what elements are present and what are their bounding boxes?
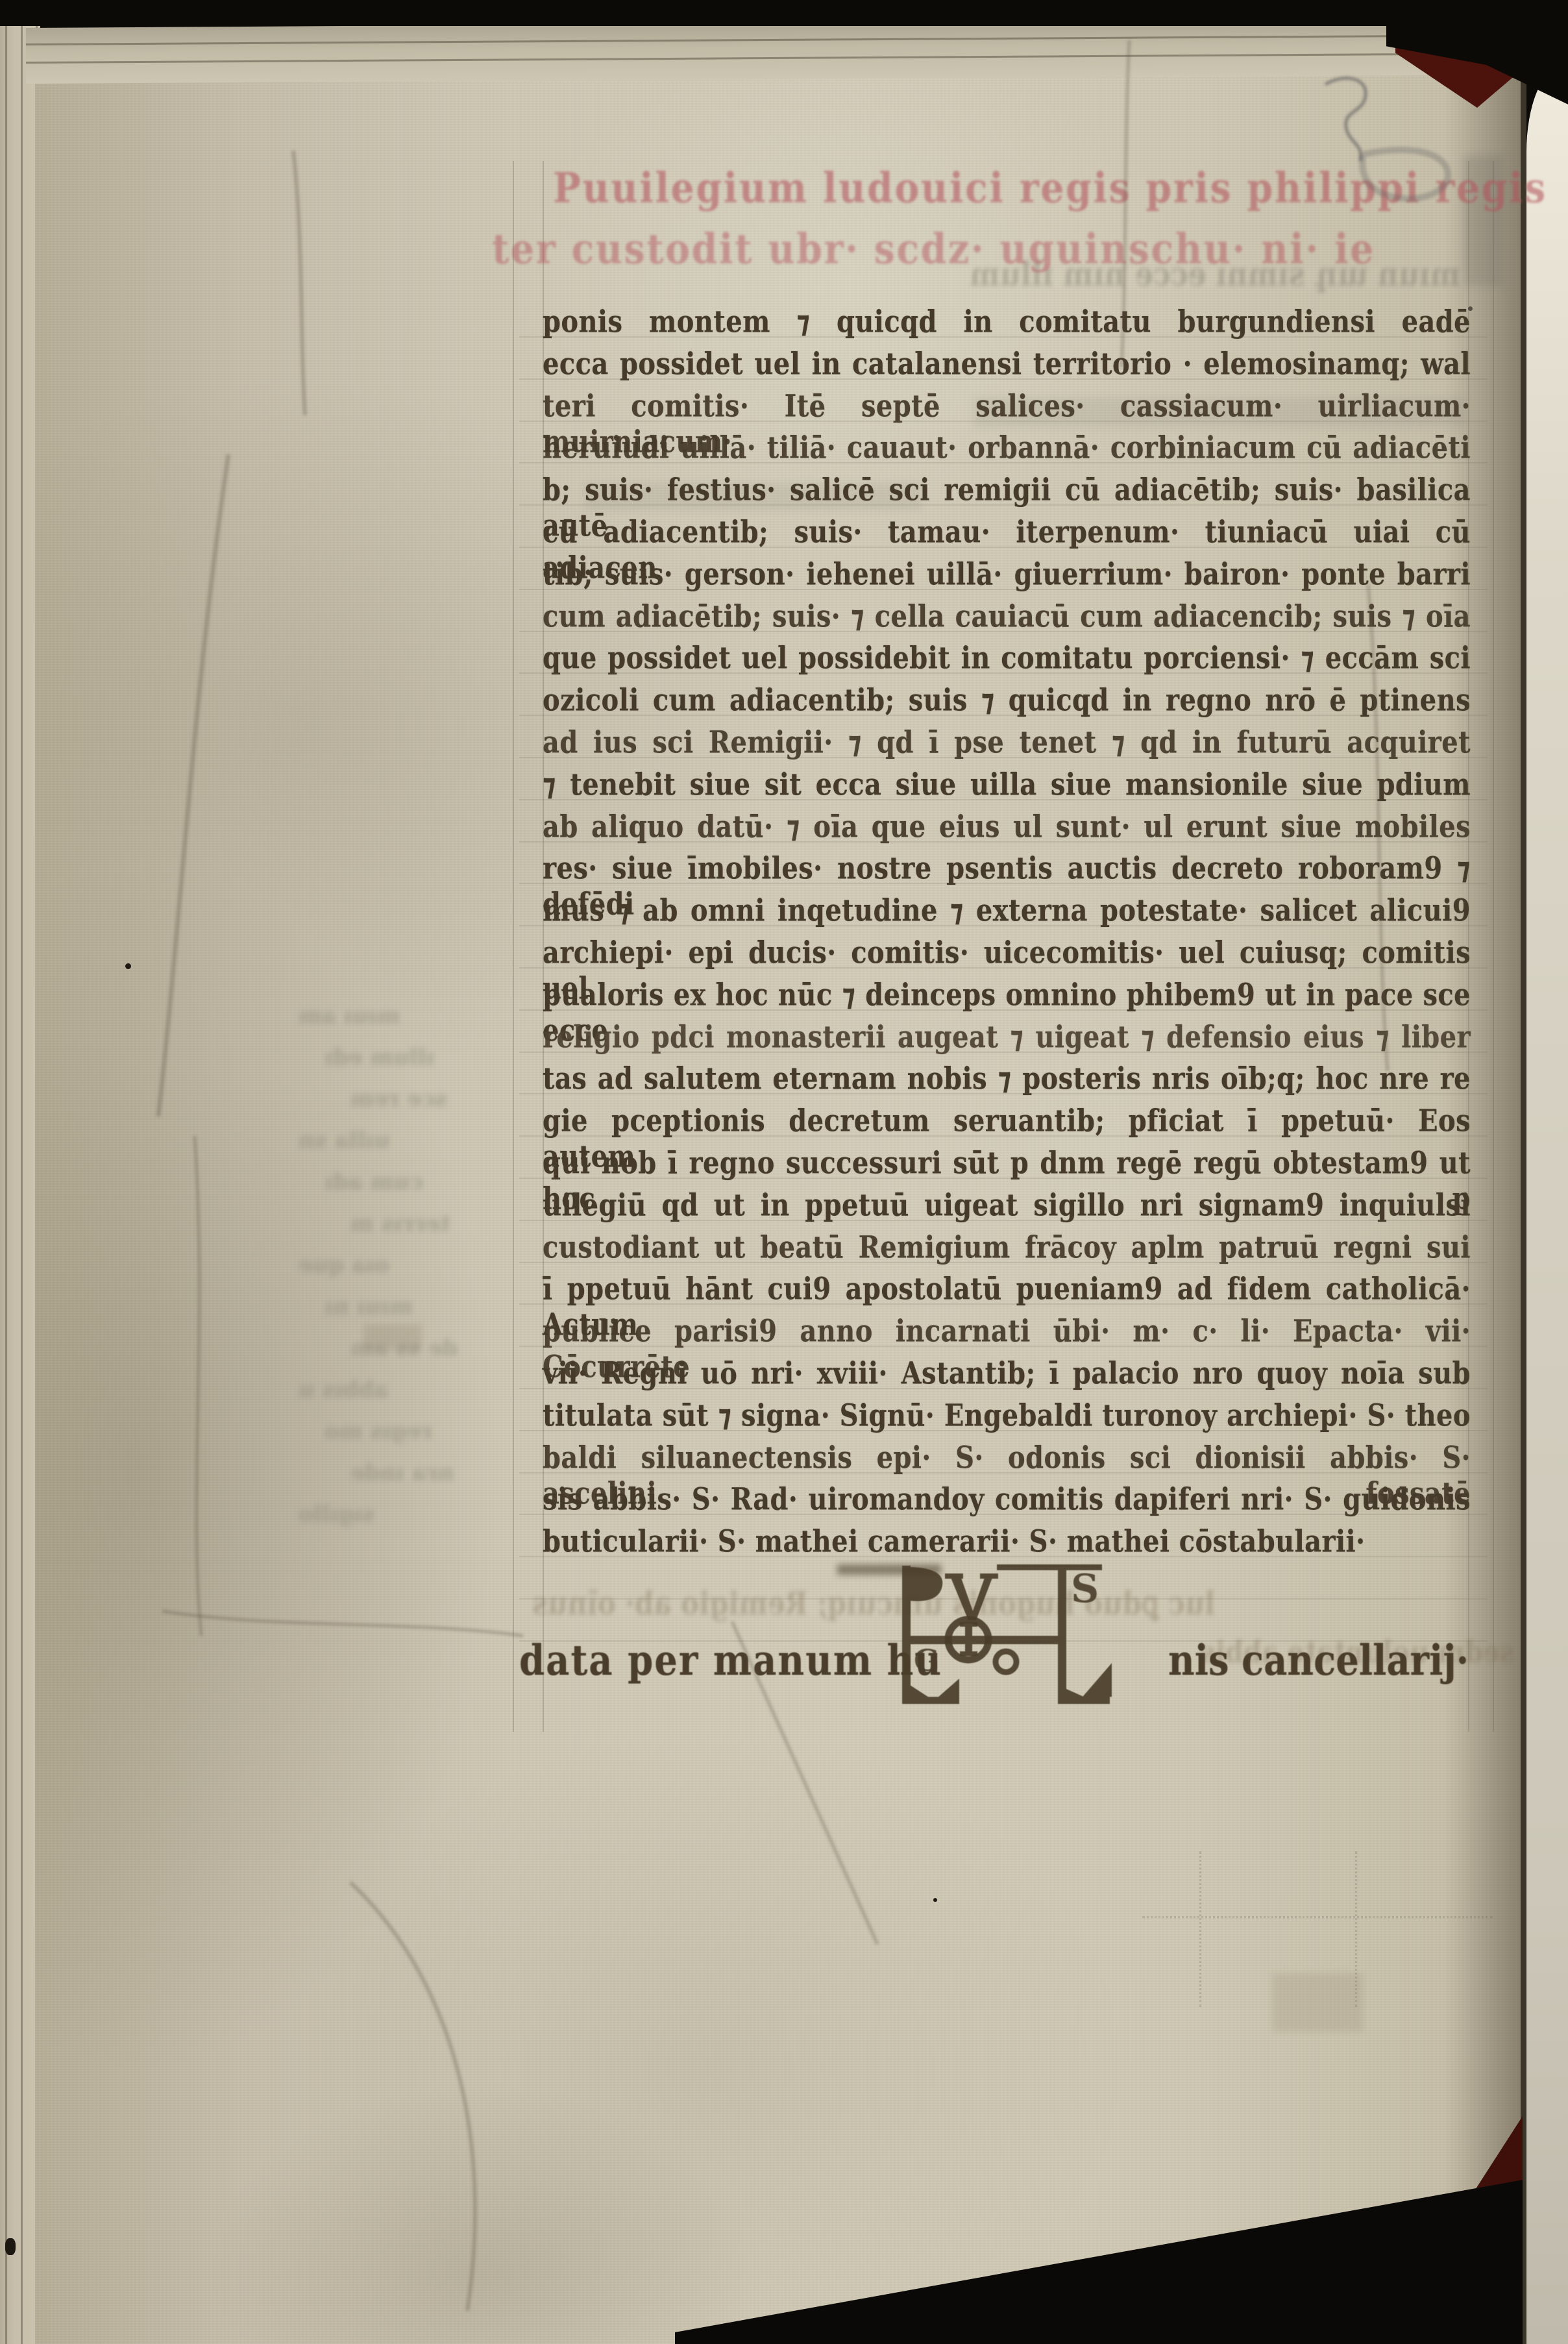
ruling-line [513,161,514,1732]
text-line: titulata sūt ⁊ signa· Signū· Engebaldi t… [543,1398,1471,1433]
monogram-letter-g: G [914,1643,939,1678]
text-line: sis abbis· S· Rad· uiromandoy comitis da… [543,1481,1471,1517]
leaf-edge-line [5,25,7,2344]
gutter-line [1521,68,1526,2344]
manuscript-photo: mıun ադ sımnı ecce nım ıllum luc ꝑduo hu… [0,0,1568,2344]
leaf-edge-line [21,25,23,2344]
book-leaf-edges-left [0,25,40,2344]
ink-speck [1468,306,1473,311]
royal-monogram: G S [888,1559,1121,1721]
text-line: ⁊ tenebit siue sit ecca siue uilla siue … [543,767,1471,802]
text-line: religio pdci monasterii augeat ⁊ uigeat … [543,1019,1471,1055]
show-through-fragment: sıgıllo [299,1501,374,1527]
ruling-dotted [1199,1851,1201,2007]
ruling-line [1493,161,1494,1732]
datum-line-suffix: nis cancellarij· [1168,1636,1469,1685]
datum-line-prefix: data per manum hu [519,1636,942,1685]
show-through-fragment: mıuı am [299,1003,400,1029]
text-line: heruiudi uillā· tiliā· cauaut· orbannā· … [543,430,1471,465]
show-through-fragment: sce rem [350,1086,447,1112]
show-through-fragment: terrıs m [350,1211,450,1237]
text-line: ozicoli cum adiacentib; suis ⁊ quicqd in… [543,682,1471,718]
show-through-fragment: ıllum edı [325,1044,435,1070]
text-line: ponis montem ⁊ quicqd in comitatu burgun… [543,304,1471,339]
facing-page-edge [1526,68,1568,2344]
rubric-line-2: ter custodit ubr· scdz· uguinschu· ni· i… [492,225,1375,273]
book-leaf-edges-top [26,19,1523,84]
ink-speck [125,963,131,969]
monogram-letter-s: S [1071,1566,1099,1612]
ink-blot [5,2238,16,2255]
show-through-fragment: abbıs u [299,1377,388,1403]
text-line: vii· Regni uō nri· xviii· Astantib; ī pa… [543,1355,1471,1391]
background-top [0,0,1568,26]
show-through-fragment: nra ınde [350,1460,454,1486]
stain [1272,1973,1363,2032]
text-line: ab aliquo datū· ⁊ oīa que eius ul sunt· … [543,809,1471,845]
ruling-dotted [1142,1916,1493,1918]
text-line: cum adiacētib; suis· ⁊ cella cauiacū cum… [543,598,1471,634]
text-line: que possidet uel possidebit in comitatu … [543,640,1471,676]
text-line: tib; suis· gerson· iehenei uillā· giuerr… [543,556,1471,592]
show-through-fragment: cum adı [325,1169,423,1195]
leaf-edge-line [26,34,1523,45]
text-line: tas ad salutem eternam nobis ⁊ posteris … [543,1061,1471,1096]
text-line: uilegiū qd ut in ppetuū uigeat sigillo n… [543,1187,1471,1223]
text-line: ad ius sci Remigii· ⁊ qd ī pse tenet ⁊ q… [543,724,1471,760]
ink-speck [933,1898,937,1902]
show-through-fragment: uılla sn [299,1128,390,1153]
show-through-fragment: oıa que [299,1252,389,1278]
text-line: custodiant ut beatū Remigium frācoy aplm… [543,1229,1471,1265]
text-line: buticularii· S· mathei camerarii· S· mat… [543,1524,1471,1559]
show-through-fragment: mıuı nı [325,1294,413,1320]
rubric-line-1: Puuilegium ludouici regis pris philippi … [553,164,1547,212]
text-line: ecca possidet uel in catalanensi territo… [543,346,1471,382]
stain [363,1324,422,1350]
leaf-edge-line [26,53,1523,64]
show-through-fragment: regıs mo [325,1418,432,1444]
text-line: mus ⁊ ab omni inqetudine ⁊ externa potes… [543,893,1471,928]
